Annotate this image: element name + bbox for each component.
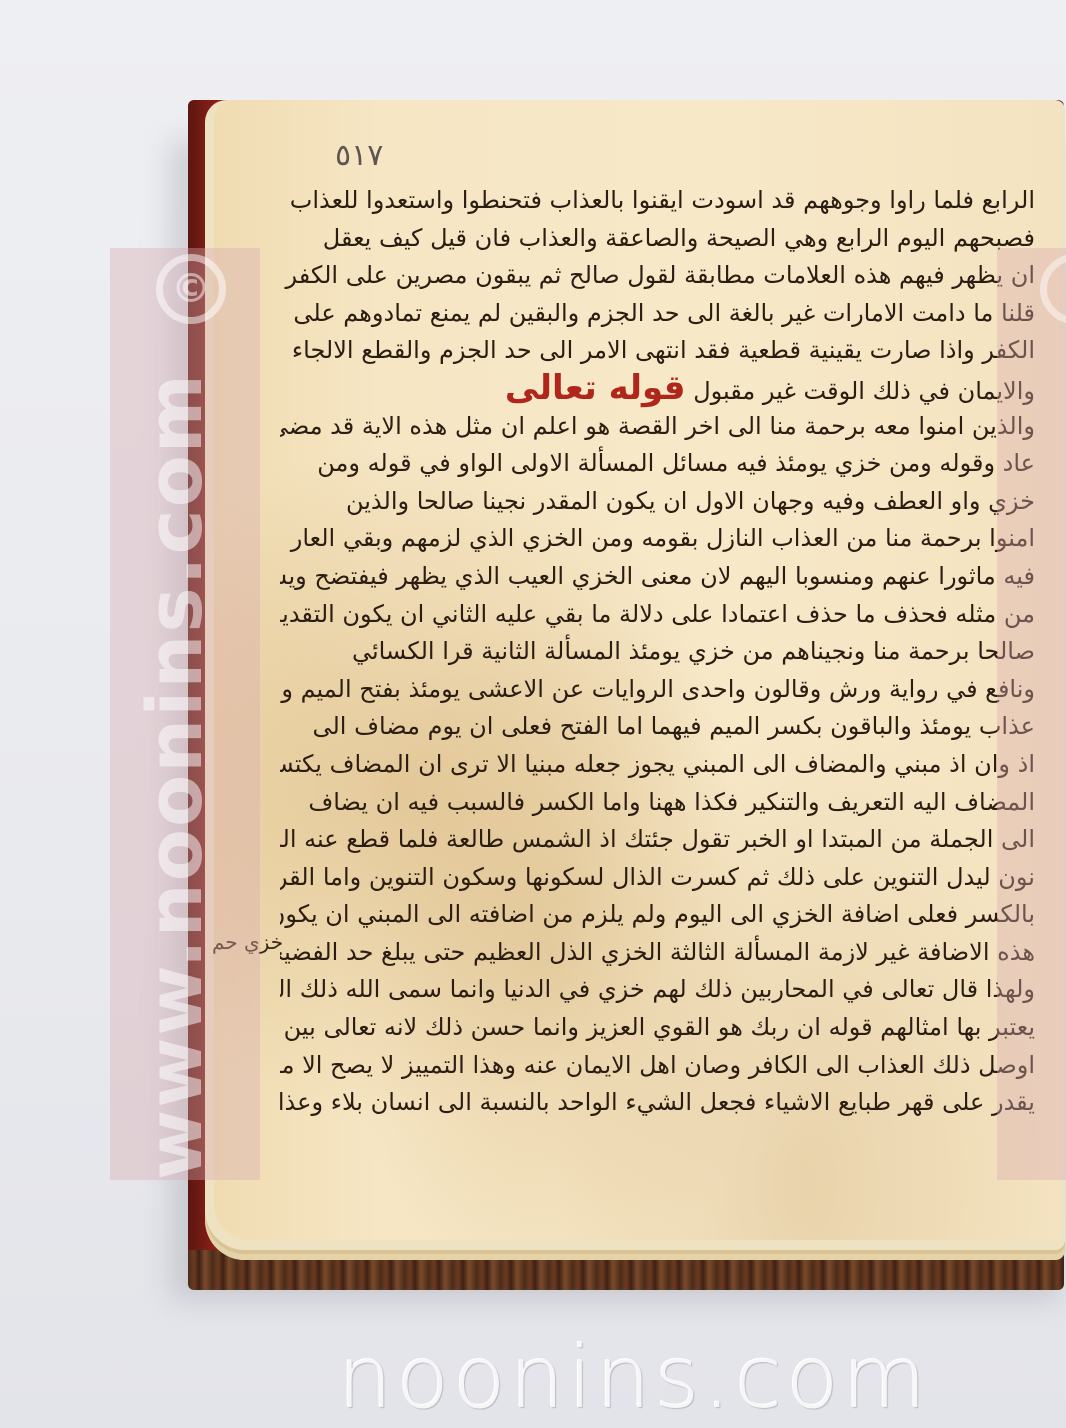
text-line: صالحا برحمة منا ونجيناهم من خزي يومئذ ال…	[280, 633, 1035, 671]
text-line: يقدر على قهر طبايع الاشياء فجعل الشيء ال…	[280, 1084, 1035, 1122]
text-line: ولهذا قال تعالى في المحاربين ذلك لهم خزي…	[280, 971, 1035, 1009]
text-line: اذ وان اذ مبني والمضاف الى المبني يجوز ج…	[280, 746, 1035, 784]
text-line: الى الجملة من المبتدا او الخبر تقول جئتك…	[280, 821, 1035, 859]
page-number: ٥١٧	[335, 138, 383, 173]
text-line: نون ليدل التنوين على ذلك ثم كسرت الذال ل…	[280, 859, 1035, 897]
text-line: خزي واو العطف وفيه وجهان الاول ان يكون ا…	[280, 483, 1035, 521]
text-line: قلنا ما دامت الامارات غير بالغة الى حد ا…	[280, 295, 1035, 333]
text-line: هذه الاضافة غير لازمة المسألة الثالثة ال…	[280, 934, 1035, 972]
text-line: عذاب يومئذ والباقون بكسر الميم فيهما اما…	[280, 708, 1035, 746]
text-line: والذين امنوا معه برحمة منا الى اخر القصة…	[280, 408, 1035, 446]
rubric-heading: قوله تعالى	[505, 370, 686, 408]
watermark-band-right	[997, 248, 1066, 1180]
watermark-side-text: www.noonins.com	[130, 372, 219, 1180]
text-line: يعتبر بها امثالهم قوله ان ربك هو القوي ا…	[280, 1009, 1035, 1047]
text-line: ان يظهر فيهم هذه العلامات مطابقة لقول صا…	[280, 257, 1035, 295]
text-line: من مثله فحذف ما حذف اعتمادا على دلالة ما…	[280, 596, 1035, 634]
text-line: بالكسر فعلى اضافة الخزي الى اليوم ولم يل…	[280, 896, 1035, 934]
manuscript-text: الرابع فلما راوا وجوههم قد اسودت ايقنوا …	[280, 182, 1035, 1122]
copyright-icon: ©	[156, 254, 226, 324]
text-line: الكفر واذا صارت يقينية قطعية فقد انتهى ا…	[280, 332, 1035, 370]
watermark-bottom-text: noonins.com	[338, 1328, 930, 1428]
text-line: فصبحهم اليوم الرابع وهي الصيحة والصاعقة …	[280, 220, 1035, 258]
text-line-with-rubric: والايمان في ذلك الوقت غير مقبول قوله تعا…	[280, 370, 1035, 408]
text-line: امنوا برحمة منا من العذاب النازل بقومه و…	[280, 520, 1035, 558]
text-line: ونافع في رواية ورش وقالون واحدى الروايات…	[280, 671, 1035, 709]
text-line: اوصل ذلك العذاب الى الكافر وصان اهل الاي…	[280, 1047, 1035, 1085]
text-segment: والايمان في ذلك الوقت غير مقبول	[693, 377, 1035, 405]
text-line: الرابع فلما راوا وجوههم قد اسودت ايقنوا …	[280, 182, 1035, 220]
text-line: فيه ماثورا عنهم ومنسوبا اليهم لان معنى ا…	[280, 558, 1035, 596]
text-line: المضاف اليه التعريف والتنكير فكذا ههنا و…	[280, 784, 1035, 822]
text-line: عاد وقوله ومن خزي يومئذ فيه مسائل المسأل…	[280, 445, 1035, 483]
